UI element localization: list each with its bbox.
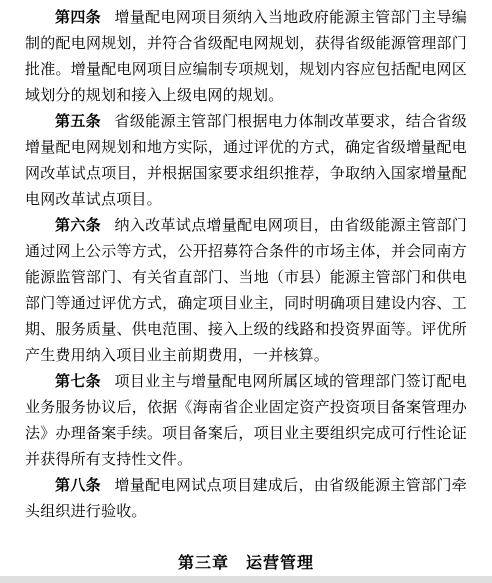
article-label: 第四条 bbox=[55, 9, 101, 26]
article-label: 第六条 bbox=[55, 217, 101, 234]
bottom-edge-bar bbox=[0, 576, 492, 583]
article-label: 第八条 bbox=[55, 477, 101, 494]
chapter-heading: 第三章 运营管理 bbox=[25, 554, 467, 574]
document-text-area: 第四条增量配电网项目须纳入当地政府能源主管部门主导编制的配电网规划，并符合省级配… bbox=[25, 5, 467, 574]
article-paragraph: 第五条省级能源主管部门根据电力体制改革要求，结合省级增量配电网规划和地方实际，通… bbox=[25, 109, 467, 213]
article-label: 第五条 bbox=[55, 113, 101, 130]
article-paragraph: 第四条增量配电网项目须纳入当地政府能源主管部门主导编制的配电网规划，并符合省级配… bbox=[25, 5, 467, 109]
article-text: 纳入改革试点增量配电网项目，由省级能源主管部门通过网上公示等方式，公开招募符合条… bbox=[25, 218, 467, 364]
article-paragraph: 第七条项目业主与增量配电网所属区域的管理部门签订配电业务服务协议后，依据《海南省… bbox=[25, 369, 467, 473]
article-paragraph: 第六条纳入改革试点增量配电网项目，由省级能源主管部门通过网上公示等方式，公开招募… bbox=[25, 213, 467, 369]
document-page: 第四条增量配电网项目须纳入当地政府能源主管部门主导编制的配电网规划，并符合省级配… bbox=[0, 0, 492, 583]
article-paragraph: 第八条增量配电网试点项目建成后，由省级能源主管部门牵头组织进行验收。 bbox=[25, 473, 467, 525]
article-label: 第七条 bbox=[55, 373, 101, 390]
